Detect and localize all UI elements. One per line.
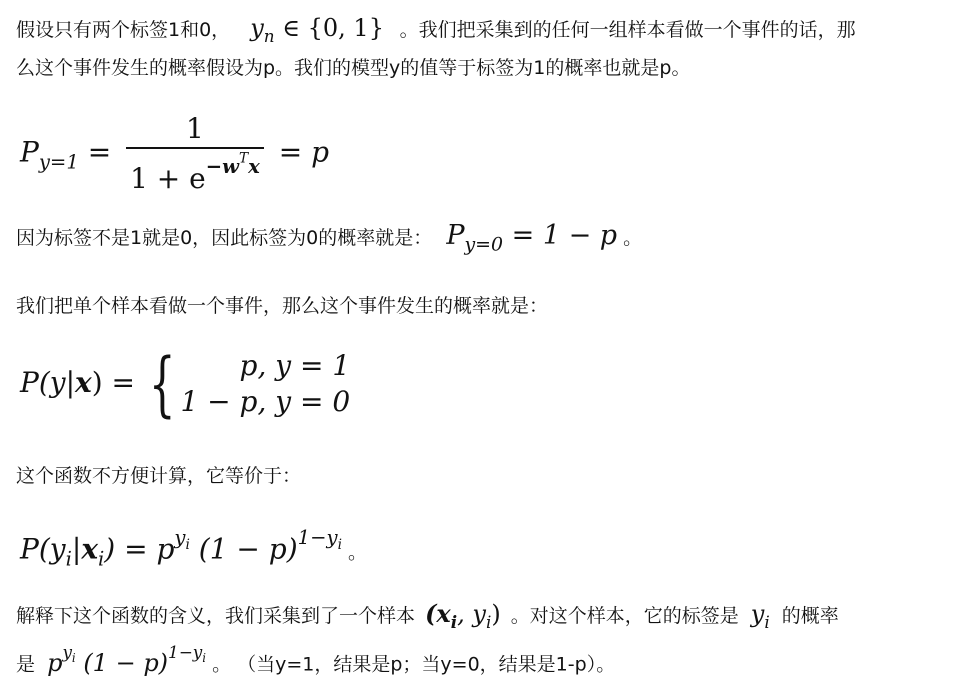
equation-sigmoid: Py=1 = 1 1 + e−wTx = p <box>20 112 329 195</box>
math-sub: y=0 <box>465 234 504 256</box>
math: (x <box>425 599 451 628</box>
math-yi: yi <box>751 600 770 628</box>
brace-icon: { <box>149 349 176 419</box>
cases: { p, y = 1 1 − p, y = 0 <box>144 348 350 420</box>
math: ) = <box>92 366 144 399</box>
text: 。 <box>342 542 367 564</box>
math: −w <box>206 155 239 178</box>
math: ) = p <box>104 533 174 566</box>
math: x <box>81 533 98 566</box>
math: (1 − p) <box>76 649 168 677</box>
math: y <box>174 526 185 549</box>
equation-bernoulli: P(yi|xi) = pyi (1 − p)1−yi 。 <box>20 526 367 571</box>
text: 因为标签不是1就是0，因此标签为0的概率就是： <box>16 227 432 249</box>
math: ) <box>491 600 500 628</box>
math: , y <box>457 600 486 628</box>
math: y <box>62 642 71 662</box>
text: 假设只有两个标签1和0， <box>16 19 230 41</box>
text: 。 <box>623 227 642 249</box>
math-sub: n <box>264 26 275 46</box>
math: x <box>75 366 92 399</box>
math: 1−y <box>298 526 338 549</box>
paragraph-explain-line2: 是 pyi (1 − p)1−yi 。 （当y=1，结果是p；当y=0，结果是1… <box>16 638 615 679</box>
math-sub: i <box>202 651 206 665</box>
math: = <box>79 135 120 168</box>
paragraph-equivalent: 这个函数不方便计算，它等价于： <box>16 462 301 490</box>
fraction: 1 1 + e−wTx <box>126 112 264 195</box>
text: 。对这个样本，它的标签是 <box>511 605 739 627</box>
math: T <box>239 151 248 167</box>
paragraph-intro-line1: 假设只有两个标签1和0， yn ∈ {0, 1} 。我们把采集到的任何一组样本看… <box>16 14 856 50</box>
text: 的概率 <box>782 605 839 627</box>
math: 1−y <box>168 642 202 662</box>
text: 。 （当y=1，结果是p；当y=0，结果是1-p）。 <box>212 654 615 676</box>
paragraph-p0: 因为标签不是1就是0，因此标签为0的概率就是： Py=0 = 1 − p 。 <box>16 222 642 259</box>
text: 解释下这个函数的含义，我们采集到了一个样本 <box>16 605 415 627</box>
math: P <box>446 220 464 251</box>
math: p <box>47 649 62 677</box>
equation-piecewise: P(y|x) = { p, y = 1 1 − p, y = 0 <box>20 348 350 420</box>
text: 是 <box>16 654 35 676</box>
math: P(y| <box>20 366 75 399</box>
math-yn-set: yn ∈ {0, 1} <box>250 14 391 42</box>
math: x <box>248 155 260 178</box>
case-row: 1 − p, y = 0 <box>180 384 350 420</box>
math: y <box>751 600 765 628</box>
paragraph-event: 我们把单个样本看做一个事件，那么这个事件发生的概率就是： <box>16 292 548 320</box>
case-row: p, y = 1 <box>240 348 351 384</box>
math-rest: ∈ {0, 1} <box>275 14 384 42</box>
math-p0: Py=0 = 1 − p <box>446 220 617 251</box>
paragraph-explain-line1: 解释下这个函数的含义，我们采集到了一个样本 (xi, yi) 。对这个样本，它的… <box>16 600 839 636</box>
math-sample: (xi, yi) <box>425 600 501 628</box>
math: | <box>72 533 81 566</box>
math-var: y <box>250 14 264 42</box>
math: 1 + e <box>130 162 206 195</box>
math-sub: y=1 <box>39 150 79 173</box>
math-sub: i <box>764 612 769 632</box>
math: = 1 − p <box>503 220 617 251</box>
paragraph-intro-line2: 么这个事件发生的概率假设为p。我们的模型y的值等于标签为1的概率也就是p。 <box>16 54 690 82</box>
case-rows: p, y = 1 1 − p, y = 0 <box>180 348 350 420</box>
math: = p <box>279 135 329 168</box>
text: 。我们把采集到的任何一组样本看做一个事件的话，那 <box>400 19 856 41</box>
denominator: 1 + e−wTx <box>126 147 264 195</box>
math: P(y <box>20 533 66 566</box>
math: P <box>20 135 39 168</box>
math-likelihood: pyi (1 − p)1−yi <box>47 649 206 677</box>
numerator: 1 <box>182 112 208 147</box>
math: (1 − p) <box>190 533 298 566</box>
